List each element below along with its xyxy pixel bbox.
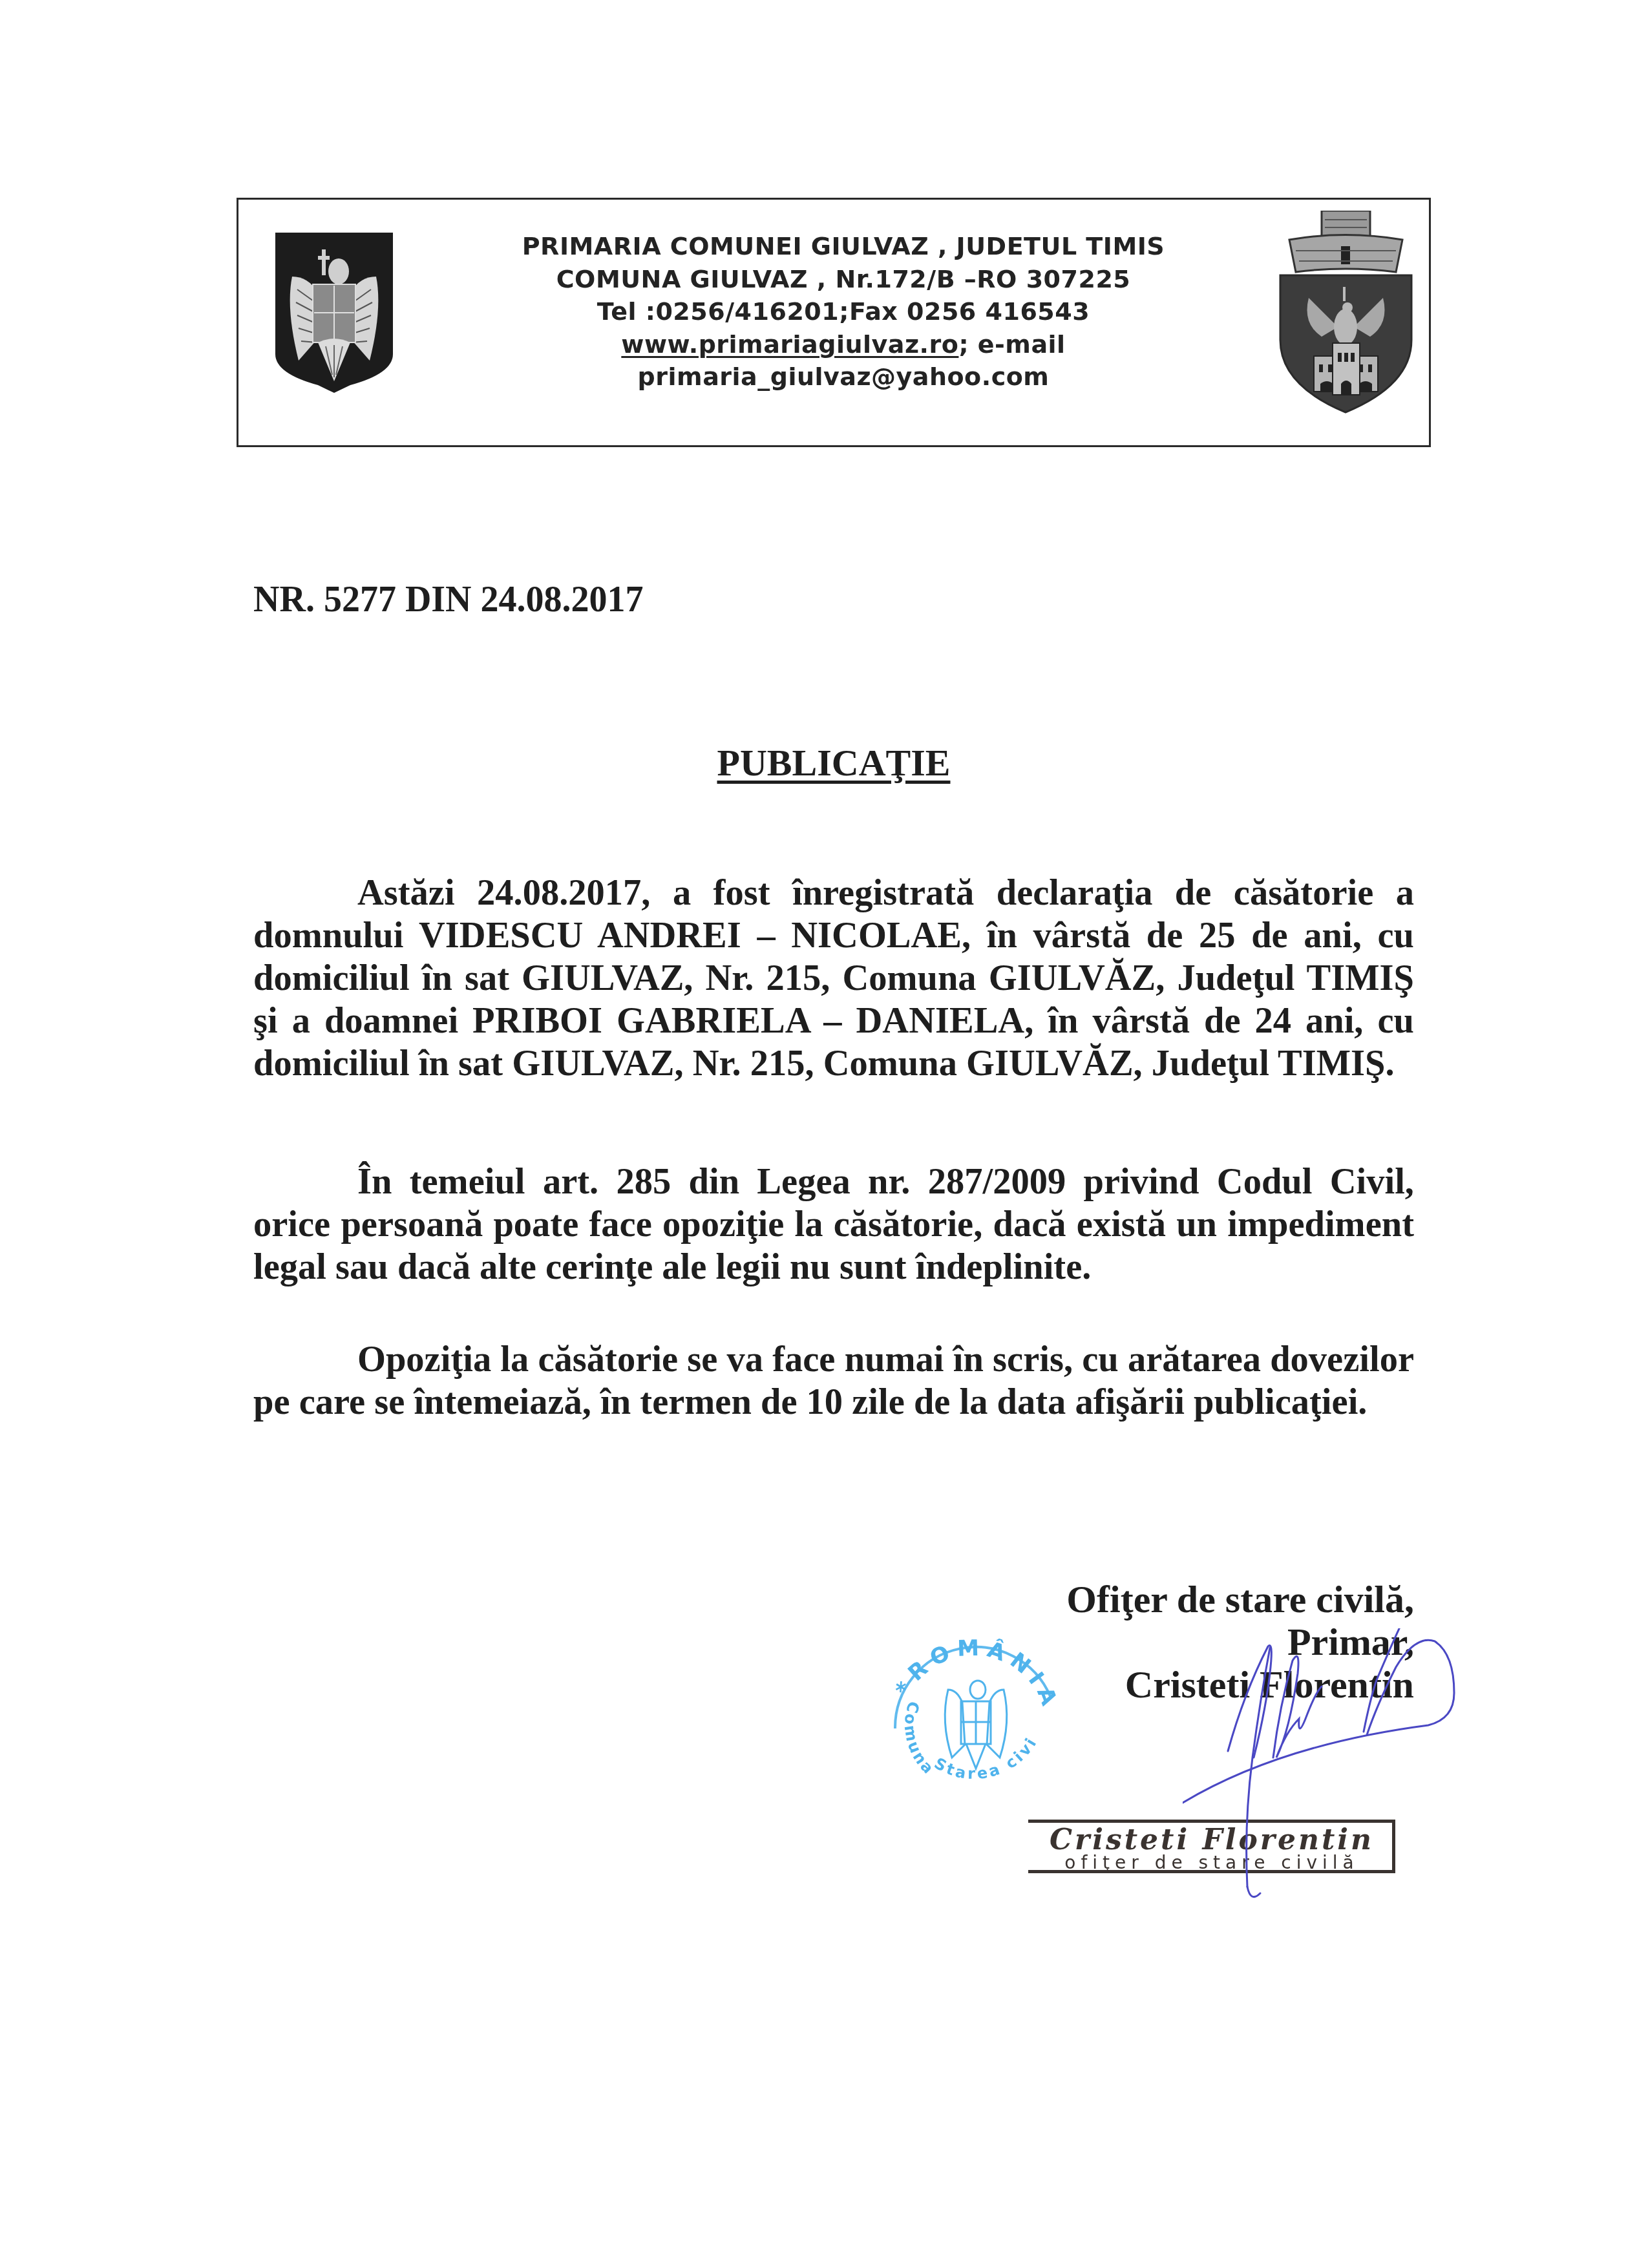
name-stamp: Cristeti Florentin ofiţer de stare civil…: [1024, 1814, 1399, 1876]
paragraph-opposition: Opoziţia la căsătorie se va face numai î…: [253, 1338, 1414, 1423]
email-text: primaria_giulvaz@yahoo.com: [452, 361, 1234, 394]
registration-number: NR. 5277 DIN 24.08.2017: [253, 578, 644, 621]
title-text: PUBLICAŢIE: [717, 742, 951, 784]
letterhead-line-address: COMUNA GIULVAZ , Nr.172/B –RO 307225: [452, 263, 1234, 296]
letterhead-line-web: www.primariagiulvaz.ro; e-mail: [452, 328, 1234, 361]
page-title: PUBLICAŢIE: [0, 742, 1648, 784]
website-suffix: ; e-mail: [958, 330, 1065, 359]
giulvaz-coat-of-arms-icon: [1276, 211, 1415, 414]
letterhead-line-phone: Tel :0256/416201;Fax 0256 416543: [452, 295, 1234, 328]
letterhead-text: PRIMARIA COMUNEI GIULVAZ , JUDETUL TIMIS…: [452, 230, 1234, 394]
signer-title: Primar,: [1066, 1621, 1414, 1663]
signer-name: Cristeti Florentin: [1066, 1663, 1414, 1706]
signature-block: Ofiţer de stare civilă, Primar, Cristeti…: [1066, 1578, 1414, 1706]
website-link[interactable]: www.primariagiulvaz.ro: [621, 330, 958, 359]
paragraph-declaration: Astăzi 24.08.2017, a fost înregistrată d…: [253, 872, 1414, 1085]
official-round-stamp: *ROMÂNIA* Starea civilă Comuna: [876, 1619, 1070, 1812]
paragraph-legal-basis: În temeiul art. 285 din Legea nr. 287/20…: [253, 1160, 1414, 1288]
svg-text:Comuna: Comuna: [900, 1699, 938, 1779]
letterhead-line-institution: PRIMARIA COMUNEI GIULVAZ , JUDETUL TIMIS: [452, 230, 1234, 263]
name-stamp-role: ofiţer de stare civilă: [1024, 1852, 1399, 1873]
romania-coat-of-arms-icon: [273, 231, 396, 394]
signer-role: Ofiţer de stare civilă,: [1066, 1578, 1414, 1621]
